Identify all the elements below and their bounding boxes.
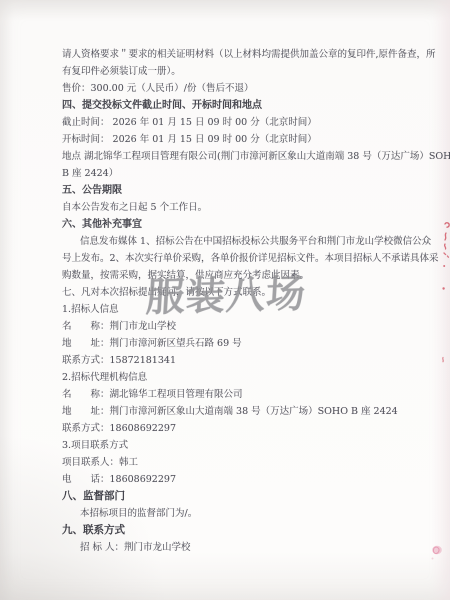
document-body: 请人资格要求＂要求的相关证明材料（以上材料均需提供加盖公章的复印件,原件备查，所… [62, 46, 434, 556]
doc-line-contact-person: 项目联系人：韩工 [62, 454, 434, 471]
doc-line-deadline-time: 截止时间： 2026 年 01 月 15 日 09 时 00 分（北京时间） [62, 114, 434, 131]
doc-line-supervision: 本招标项目的监督部门为/。 [62, 505, 434, 522]
section-heading-supplementary: 六、其他补充事宜 [62, 216, 434, 233]
section-heading-deadline: 四、提交投标文件截止时间、开标时间和地点 [62, 97, 434, 114]
doc-line-agency-address: 地 址：荆门市漳河新区象山大道南端 38 号（万达广场）SOHO B 座 242… [62, 403, 434, 420]
doc-line-agency-phone: 联系方式：18608692297 [62, 420, 434, 437]
doc-line-contact-note: 七、凡对本次招标提出疑问，请按以下方式联系。 [62, 284, 434, 301]
doc-line: 购数量，按需采购，据实结算，供应商应充分考虑此因素。 [62, 267, 434, 284]
red-dots [442, 265, 445, 290]
doc-line: 有复印件必须装订成一册）。 [62, 63, 434, 80]
scanned-document-page: 请人资格要求＂要求的相关证明材料（以上材料均需提供加盖公章的复印件,原件备查，所… [0, 0, 450, 600]
section-heading-supervision: 八、监督部门 [62, 488, 434, 505]
subsection-tenderer-info: 1.招标人信息 [62, 301, 434, 318]
section-heading-announcement-period: 五、公告期限 [62, 182, 434, 199]
doc-line-location-cont: B 座 2424） [62, 165, 434, 182]
doc-line-contact-phone: 电 话：18608692297 [62, 471, 434, 488]
doc-line-agency-name: 名 称：湖北锦华工程项目管理有限公司 [62, 386, 434, 403]
subsection-project-contact: 3.项目联系方式 [62, 437, 434, 454]
doc-line: 自本公告发布之日起 5 个工作日。 [62, 199, 434, 216]
doc-line: 请人资格要求＂要求的相关证明材料（以上材料均需提供加盖公章的复印件,原件备查，所 [62, 46, 434, 63]
doc-line-tenderer-phone: 联系方式：15872181341 [62, 352, 434, 369]
doc-line-tenderer-address: 地 址：荆门市漳河新区望兵石路 69 号 [62, 335, 434, 352]
doc-line-tenderer-footer: 招 标 人：荆门市龙山学校 [62, 539, 434, 556]
doc-line-price: 售价：300.00 元（人民币）/份（售后不退） [62, 80, 434, 97]
subsection-agency-info: 2.招标代理机构信息 [62, 369, 434, 386]
section-heading-contact: 九、联系方式 [62, 522, 434, 539]
doc-line-location: 地点 湖北锦华工程项目管理有限公司(荆门市漳河新区象山大道南端 38 号（万达广… [62, 148, 434, 165]
doc-line: 号上发布。2、本次实行单价采购，各单价报价详见招标文件。本项目招标人不承诺具体采 [62, 250, 434, 267]
doc-line: 信息发布媒体 1、招标公告在中国招标投标公共服务平台和荆门市龙山学校微信公众 [62, 233, 434, 250]
doc-line-opening-time: 开标时间： 2026 年 01 月 15 日 09 时 00 分（北京时间） [62, 131, 434, 148]
doc-line-tenderer-name: 名 称：荆门市龙山学校 [62, 318, 434, 335]
red-squiggle-edge [443, 223, 449, 362]
